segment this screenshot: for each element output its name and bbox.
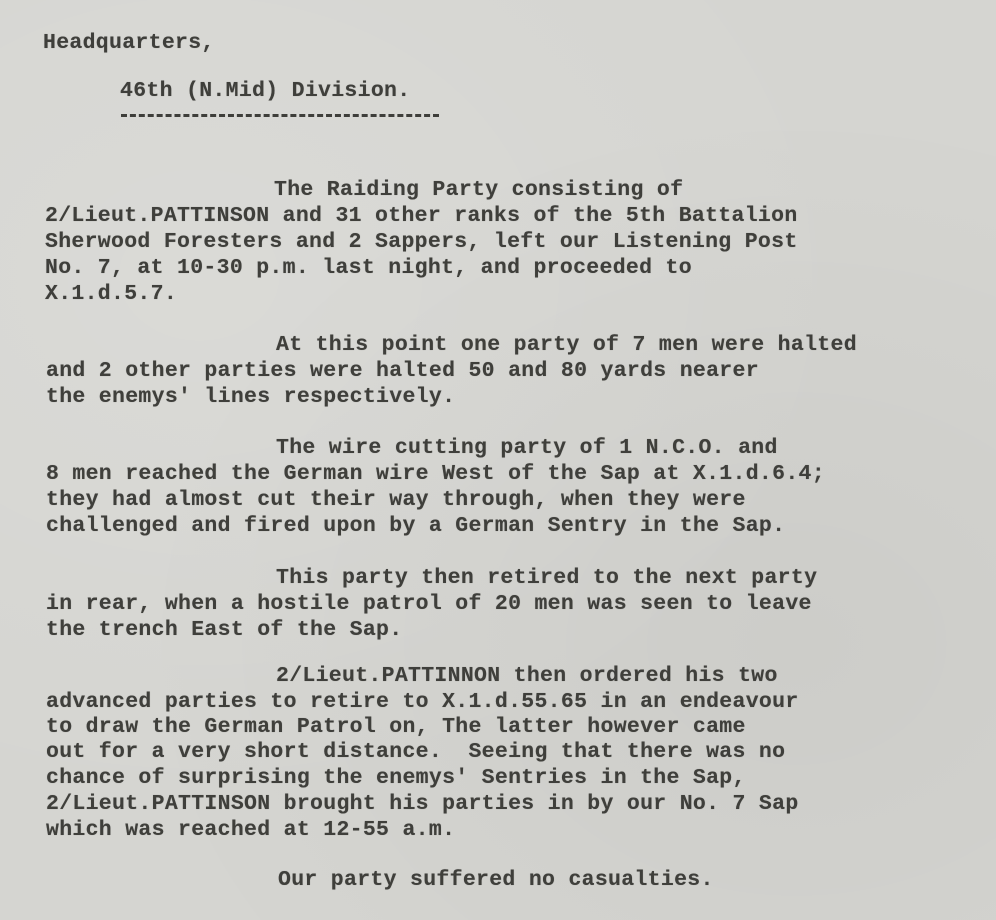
addressee-line-1: Headquarters, bbox=[43, 30, 215, 56]
paragraph-line: 8 men reached the German wire West of th… bbox=[46, 461, 825, 487]
paragraph-line: the trench East of the Sap. bbox=[46, 617, 402, 643]
title-underline bbox=[121, 114, 439, 117]
paragraph-line: which was reached at 12-55 a.m. bbox=[46, 817, 455, 843]
paragraph-line: out for a very short distance. Seeing th… bbox=[46, 739, 785, 765]
paragraph-line: they had almost cut their way through, w… bbox=[46, 487, 746, 513]
paragraph-line: 2/Lieut.PATTINSON brought his parties in… bbox=[46, 791, 799, 817]
paragraph-line: X.1.d.5.7. bbox=[45, 281, 177, 307]
paragraph-line: At this point one party of 7 men were ha… bbox=[276, 332, 857, 358]
paragraph-line: The Raiding Party consisting of bbox=[274, 177, 683, 203]
paragraph-line: and 2 other parties were halted 50 and 8… bbox=[46, 358, 759, 384]
paragraph-line: advanced parties to retire to X.1.d.55.6… bbox=[46, 689, 799, 715]
paragraph-line: This party then retired to the next part… bbox=[276, 565, 817, 591]
paragraph-line: the enemys' lines respectively. bbox=[46, 384, 455, 410]
paragraph-line: challenged and fired upon by a German Se… bbox=[46, 513, 785, 539]
paragraph-line: 2/Lieut.PATTINNON then ordered his two bbox=[276, 663, 778, 689]
paragraph-line: Sherwood Foresters and 2 Sappers, left o… bbox=[45, 229, 798, 255]
paragraph-line: in rear, when a hostile patrol of 20 men… bbox=[46, 591, 812, 617]
paragraph-line: 2/Lieut.PATTINSON and 31 other ranks of … bbox=[45, 203, 798, 229]
paragraph-line: The wire cutting party of 1 N.C.O. and bbox=[276, 435, 778, 461]
typed-document: Headquarters, 46th (N.Mid) Division. The… bbox=[0, 0, 996, 920]
paragraph-line: No. 7, at 10-30 p.m. last night, and pro… bbox=[45, 255, 692, 281]
paragraph-line: chance of surprising the enemys' Sentrie… bbox=[46, 765, 746, 791]
paragraph-line: to draw the German Patrol on, The latter… bbox=[46, 714, 746, 740]
addressee-line-2: 46th (N.Mid) Division. bbox=[120, 78, 410, 104]
paragraph-line: Our party suffered no casualties. bbox=[278, 867, 714, 893]
